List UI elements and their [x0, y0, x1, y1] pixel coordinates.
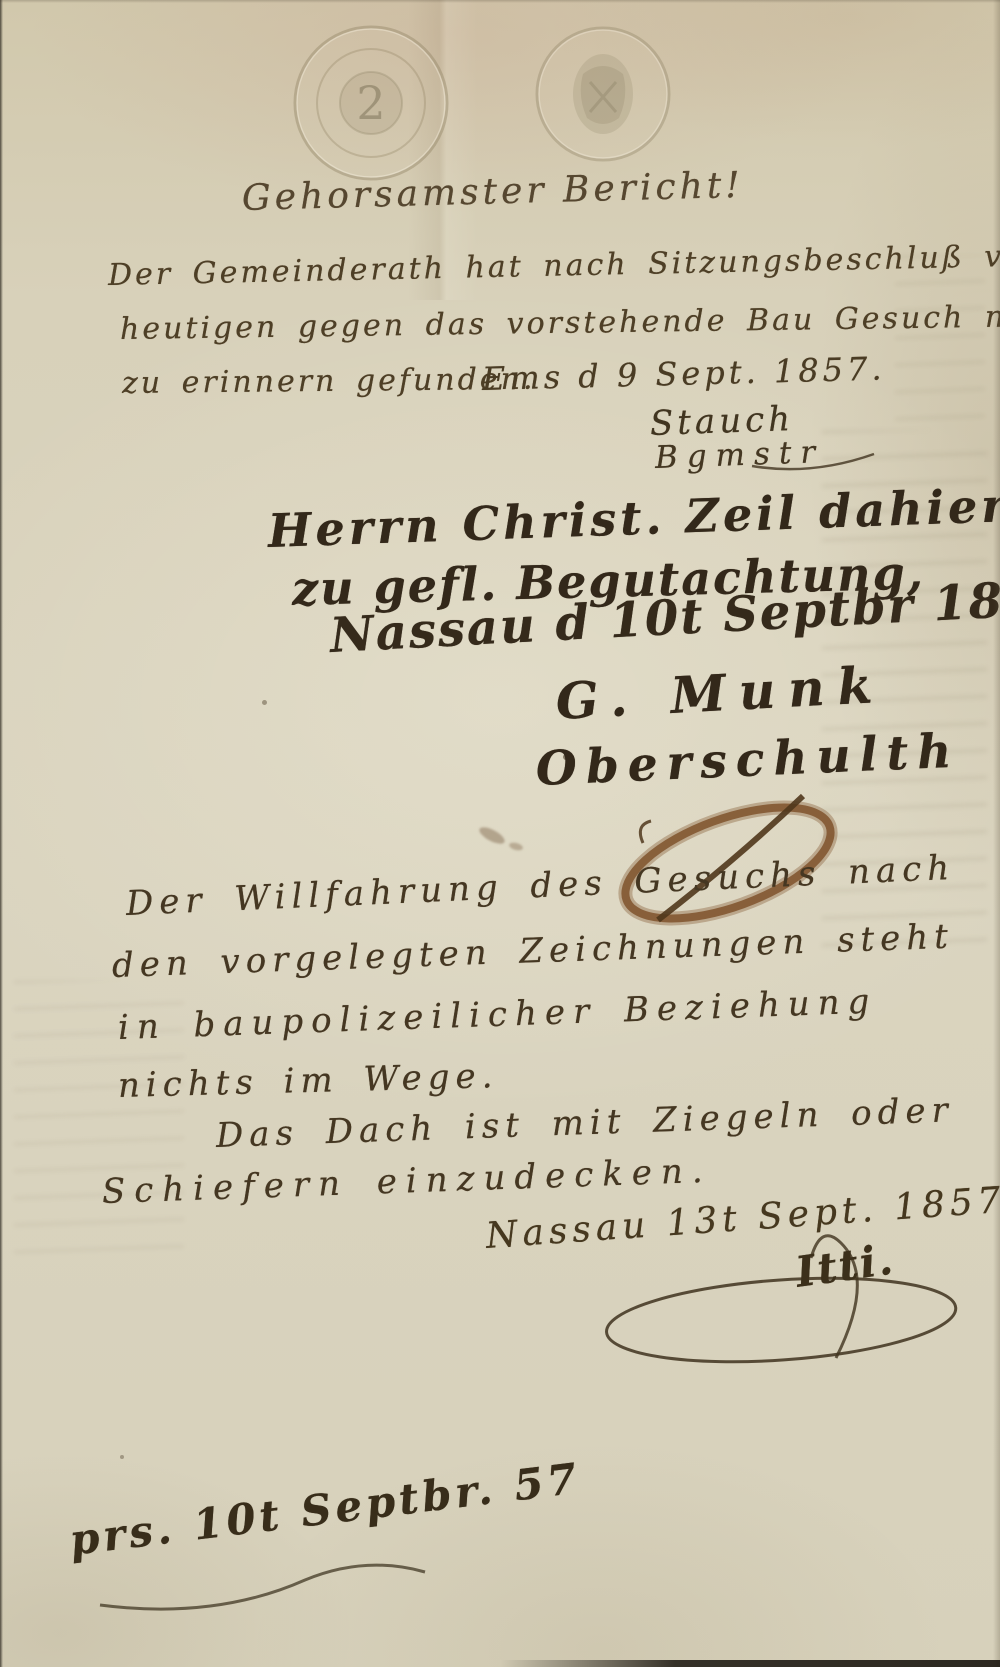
paper-stain [262, 700, 267, 705]
svg-text:2: 2 [356, 76, 385, 130]
assessment-line: Schiefern einzudecken. [101, 1151, 712, 1212]
report-line: Der Gemeinderath hat nach Sitzungsbeschl… [108, 238, 1000, 293]
assessment-line: in baupolizeilicher Beziehung [117, 981, 878, 1047]
report-line: zu erinnern gefunden. [122, 362, 536, 401]
embossed-coat-of-arms-seal [528, 22, 678, 172]
scan-edge [500, 1660, 1000, 1667]
embossed-fee-stamp-seal: 2 [286, 18, 456, 188]
assessment-line: den vorgelegten Zeichnungen steht [111, 917, 954, 986]
signature-flourish [750, 448, 880, 472]
report-place-date: Ems d 9 Sept. 1857. [482, 349, 886, 398]
document-page: 2 Gehorsamster Bericht! Der Gemeinderath… [0, 0, 1000, 1667]
paper-stain [477, 824, 507, 847]
paper-stain [120, 1455, 124, 1459]
scan-edge [993, 0, 1000, 1667]
received-note-flourish [95, 1560, 435, 1620]
paper-stain [508, 841, 523, 851]
assessment-line: nichts im Wege. [117, 1056, 498, 1106]
assessment-signature-paraph [586, 1238, 976, 1378]
report-line: heutigen gegen das vorstehende Bau Gesuc… [120, 298, 1000, 347]
received-note: prs. 10t Septbr. 57 [67, 1454, 583, 1565]
scan-edge [0, 0, 1000, 3]
ink-bleedthrough [895, 255, 985, 425]
scan-edge [0, 0, 3, 1667]
